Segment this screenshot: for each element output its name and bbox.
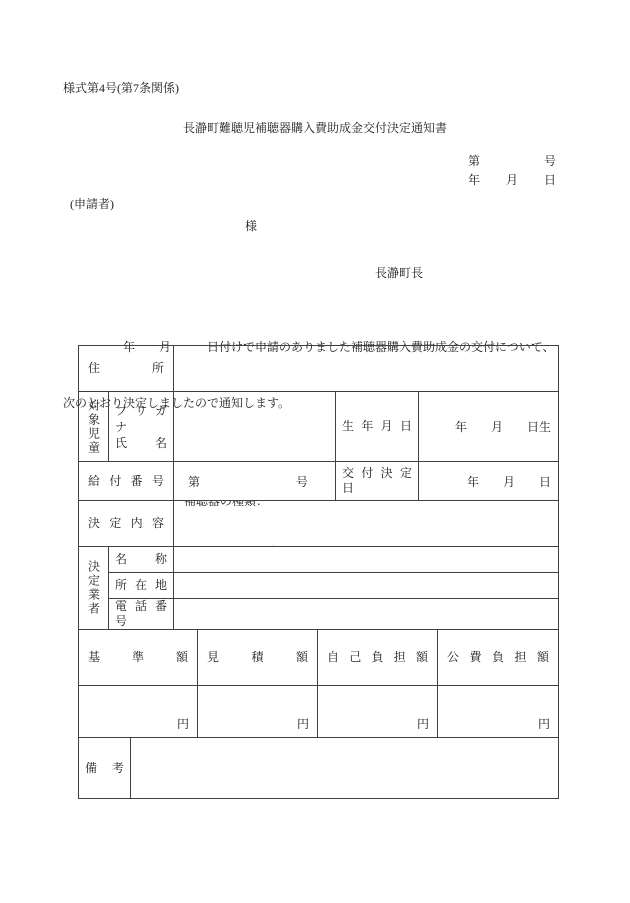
base-amount-value-cell: 円 <box>79 686 198 737</box>
remarks-value-cell <box>131 738 558 798</box>
base-amount-header-cell: 基 準 額 <box>79 630 198 685</box>
self-pay-header-cell: 自 己 負 担 額 <box>318 630 438 685</box>
grant-number-value: 第 号 <box>174 473 308 490</box>
date-line: 年 月 日 <box>468 171 556 188</box>
dob-label: 生 年 月 日 <box>336 419 418 434</box>
public-pay-value-cell: 円 <box>438 686 558 737</box>
remarks-row: 備 考 <box>79 738 558 798</box>
remarks-label: 備 考 <box>79 761 130 776</box>
prescription-label: 処 方： <box>184 544 292 546</box>
dob-value: 年 月 日生 <box>455 418 558 435</box>
doc-number-line: 第 号 <box>468 152 556 169</box>
child-group-cell: 対象児童 <box>79 392 109 461</box>
vendor-name-row: 名 称 <box>109 547 558 573</box>
child-row: 対象児童 フ リ ガ ナ 氏 名 生 年 月 日 年 月 日生 <box>79 392 558 462</box>
self-pay-unit: 円 <box>417 715 429 732</box>
vendor-name-value-cell <box>174 547 558 572</box>
self-pay-header: 自 己 負 担 額 <box>318 650 437 665</box>
public-pay-header: 公 費 負 担 額 <box>438 650 558 665</box>
vendor-address-row: 所 在 地 <box>109 573 558 599</box>
vendor-phone-label: 電 話 番 号 <box>109 599 173 629</box>
vendor-phone-label-cell: 電 話 番 号 <box>109 599 174 629</box>
vendor-group-label: 決定業者 <box>88 560 100 616</box>
decision-content-value-cell: 補聴器の種類： 処 方： <box>174 501 558 546</box>
estimate-amount-header: 見 積 額 <box>198 650 317 665</box>
issuer-name: 長瀞町長 <box>375 264 423 281</box>
vendor-name-label-cell: 名 称 <box>109 547 174 572</box>
form-number: 様式第4号(第7条関係) <box>63 79 179 96</box>
vendor-name-label: 名 称 <box>109 552 173 567</box>
estimate-amount-unit: 円 <box>297 715 309 732</box>
decision-date-label-cell: 交 付 決 定 日 <box>336 462 419 500</box>
page-title: 長瀞町難聴児補聴器購入費助成金交付決定通知書 <box>65 119 565 136</box>
remarks-label-cell: 備 考 <box>79 738 131 798</box>
decision-content-label: 決 定 内 容 <box>79 516 173 531</box>
amount-header-row: 基 準 額 見 積 額 自 己 負 担 額 公 費 負 担 額 <box>79 630 558 686</box>
address-label-cell: 住 所 <box>79 346 174 391</box>
grant-number-label-cell: 給 付 番 号 <box>79 462 174 500</box>
address-row: 住 所 <box>79 346 558 392</box>
document-page: 様式第4号(第7条関係) 長瀞町難聴児補聴器購入費助成金交付決定通知書 第 号 … <box>0 0 630 903</box>
address-value-cell <box>174 346 558 391</box>
child-group-label: 対象児童 <box>88 399 100 455</box>
decision-table: 住 所 対象児童 フ リ ガ ナ 氏 名 生 年 月 日 <box>78 345 559 799</box>
name-label: 氏 名 <box>109 435 173 451</box>
furigana-label: フ リ ガ ナ <box>109 403 173 435</box>
vendor-address-value-cell <box>174 573 558 598</box>
vendor-rows: 決定業者 名 称 所 在 地 <box>79 547 558 630</box>
vendor-address-label-cell: 所 在 地 <box>109 573 174 598</box>
base-amount-header: 基 準 額 <box>79 650 197 665</box>
decision-date-value: 年 月 日 <box>467 473 558 490</box>
base-amount-unit: 円 <box>177 715 189 732</box>
grant-number-label: 給 付 番 号 <box>79 474 173 489</box>
estimate-amount-header-cell: 見 積 額 <box>198 630 318 685</box>
decision-content-label-cell: 決 定 内 容 <box>79 501 174 546</box>
vendor-phone-value-cell <box>174 599 558 629</box>
decision-date-label: 交 付 決 定 日 <box>336 466 418 496</box>
hearing-aid-type-label: 補聴器の種類： <box>184 501 292 510</box>
child-name-value-cell <box>174 392 336 461</box>
public-pay-unit: 円 <box>538 715 550 732</box>
honorific: 様 <box>245 217 257 234</box>
child-name-label-cell: フ リ ガ ナ 氏 名 <box>109 392 174 461</box>
decision-date-value-cell: 年 月 日 <box>419 462 558 500</box>
address-label: 住 所 <box>79 361 173 376</box>
dob-label-cell: 生 年 月 日 <box>336 392 419 461</box>
vendor-group-cell: 決定業者 <box>79 547 109 629</box>
dob-value-cell: 年 月 日生 <box>419 392 558 461</box>
grant-number-row: 給 付 番 号 第 号 交 付 決 定 日 年 月 日 <box>79 462 558 501</box>
vendor-phone-row: 電 話 番 号 <box>109 599 558 629</box>
estimate-amount-value-cell: 円 <box>198 686 318 737</box>
public-pay-header-cell: 公 費 負 担 額 <box>438 630 558 685</box>
grant-number-value-cell: 第 号 <box>174 462 336 500</box>
self-pay-value-cell: 円 <box>318 686 438 737</box>
decision-content-row: 決 定 内 容 補聴器の種類： 処 方： <box>79 501 558 547</box>
applicant-label: (申請者) <box>70 195 114 212</box>
amount-value-row: 円 円 円 円 <box>79 686 558 738</box>
vendor-address-label: 所 在 地 <box>109 578 173 593</box>
